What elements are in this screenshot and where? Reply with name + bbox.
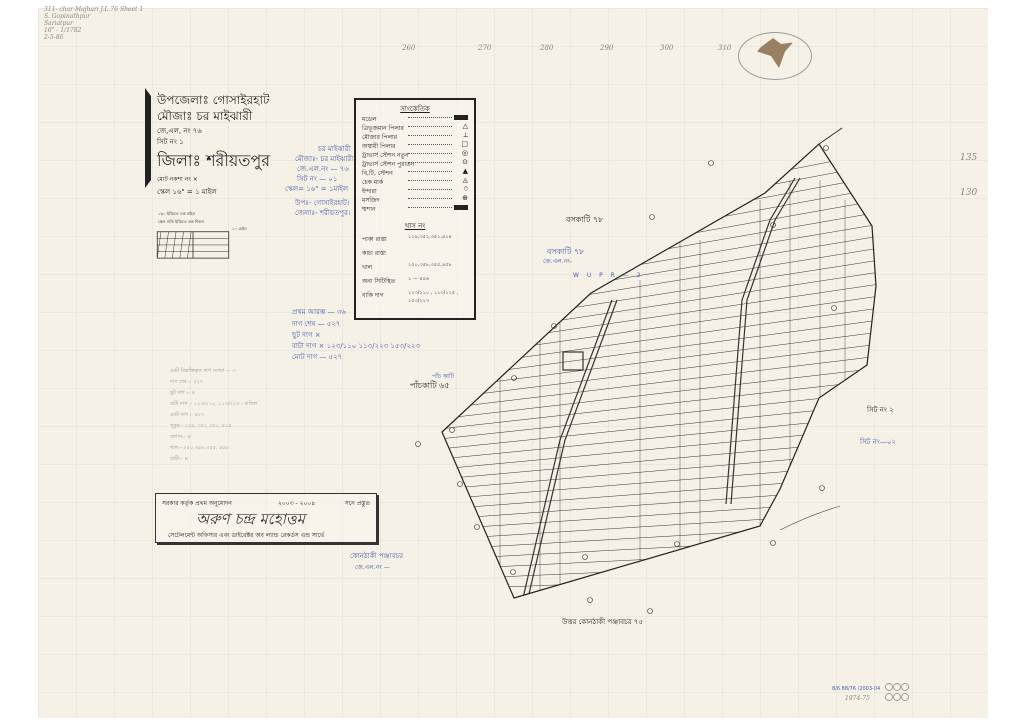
southwest-neighbor-blue: কোনঠাকী পঞ্জাবচর (350, 550, 403, 562)
mouza-map (0, 0, 1024, 723)
officer-title: সেটেলমেন্ট অফিসার এবং ডাইরেক্টর অব ল্যান… (168, 530, 325, 541)
west-neighbor-blue: পাঁচ কাটি (432, 371, 454, 382)
east-sheet-blue: সিট নং—০২ (860, 436, 896, 448)
road-letters: W U P R — 2 (573, 272, 643, 279)
north-neighbor-label: বসকাটি ৭৮ (566, 214, 603, 227)
bottom-stamp: 8/6.88/76 /2003-04 (832, 686, 880, 692)
east-sheet-label: সিট নং ২ (867, 404, 894, 416)
southwest-neighbor-blue-jl: জে.এল.নং — (355, 562, 390, 573)
bottom-year: 1974-75 (845, 695, 870, 702)
north-neighbor-blue-jl: জে.এল.নং- (543, 256, 572, 267)
approval-line-end: সনে প্রস্তুত (345, 498, 370, 509)
south-neighbor-label: উত্তর কোনঠাকী পঞ্জাবচর ৭৫ (562, 616, 643, 628)
approval-box: সরকার কর্তৃক প্রথম অনুমোদন ২০০৩ - ২০০৪ স… (155, 493, 377, 543)
